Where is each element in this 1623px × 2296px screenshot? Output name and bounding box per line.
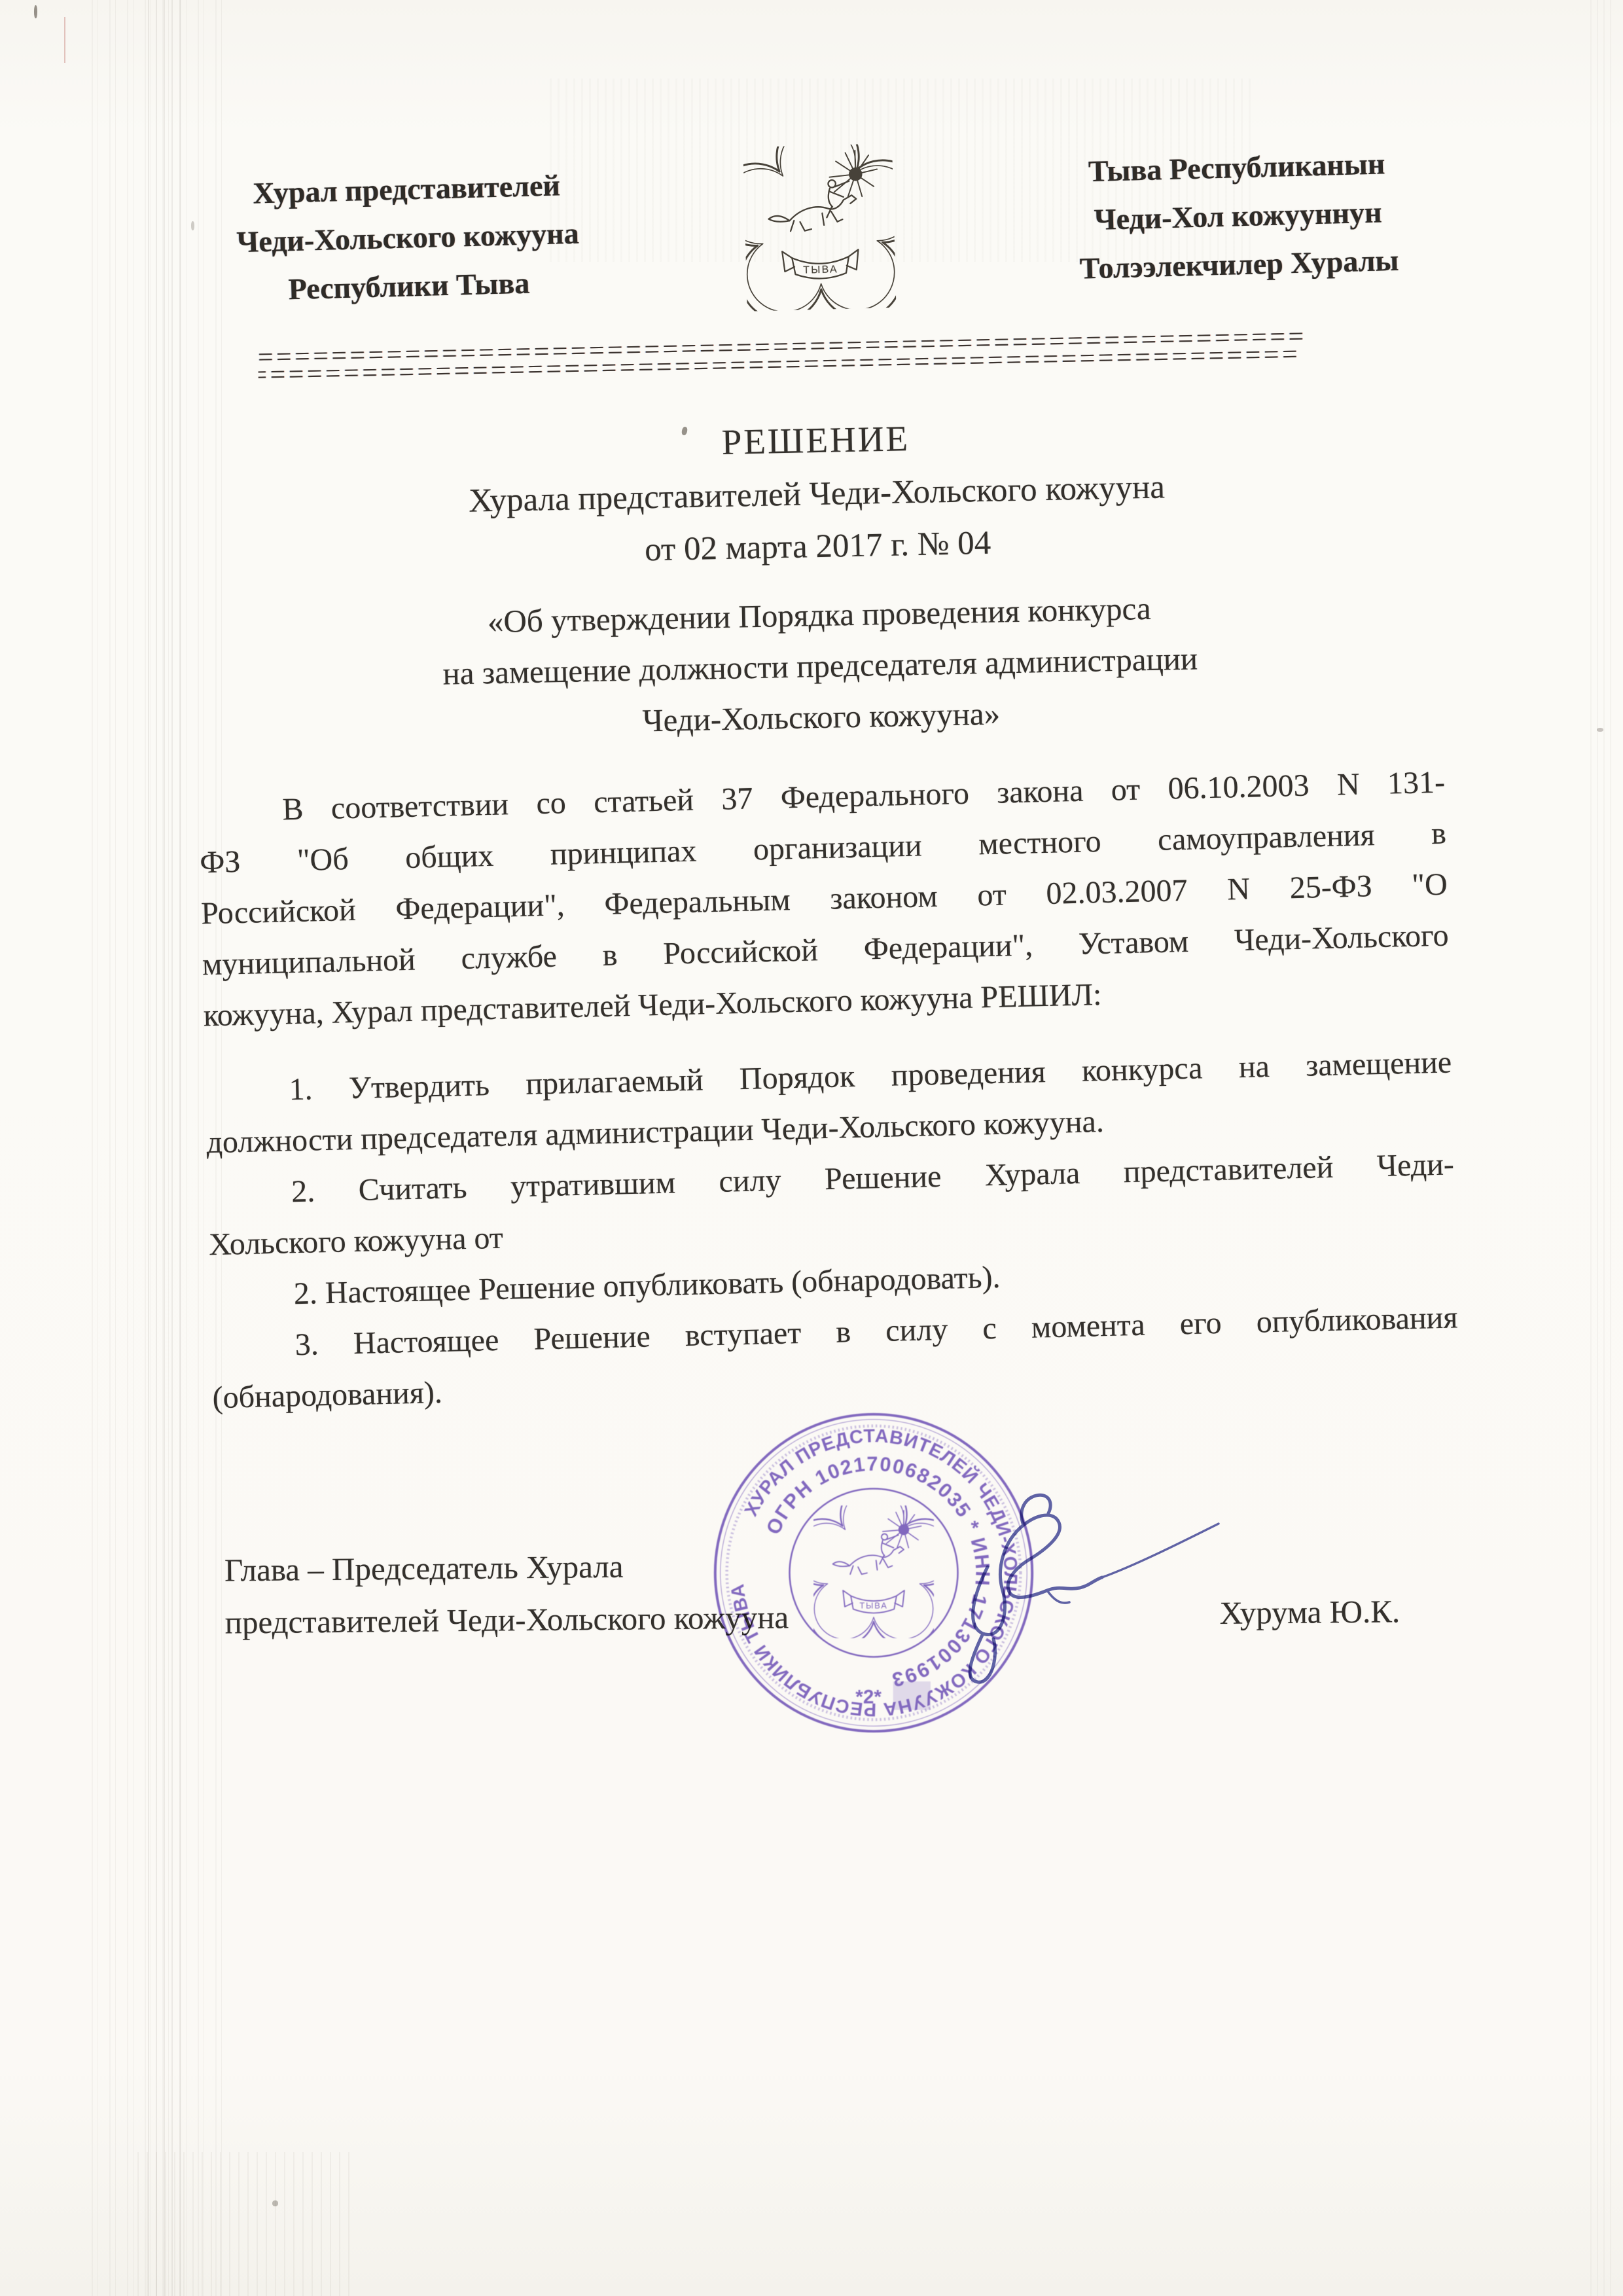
signature-ink [925,1462,1272,1698]
subject-block: «Об утверждении Порядка проведения конку… [196,577,1445,755]
scan-streaks-bottom [137,2152,353,2296]
resolution-items: 1. Утвердить прилагаемый Порядок проведе… [205,1037,1459,1424]
stamp-bottom-mark: *2* [855,1687,882,1708]
body-text: В соответствии со статьей 37 Федеральног… [198,757,1459,1424]
letterhead: Хурал представителей Чеди-Хольского кожу… [194,115,1458,339]
letterhead-separator: ========================================… [258,326,1374,384]
letterhead-org-name-tuvan: Тыва Республиканын Чеди-Хол кожууннун То… [1018,138,1457,295]
tyva-emblem [741,143,899,311]
title-block: РЕШЕНИЕ Хурала представителей Чеди-Хольс… [192,401,1442,585]
letterhead-org-name-russian: Хурал представителей Чеди-Хольского кожу… [195,160,621,316]
scan-speck [272,2200,278,2206]
scanned-document-page: Хурал представителей Чеди-Хольского кожу… [0,0,1623,2296]
